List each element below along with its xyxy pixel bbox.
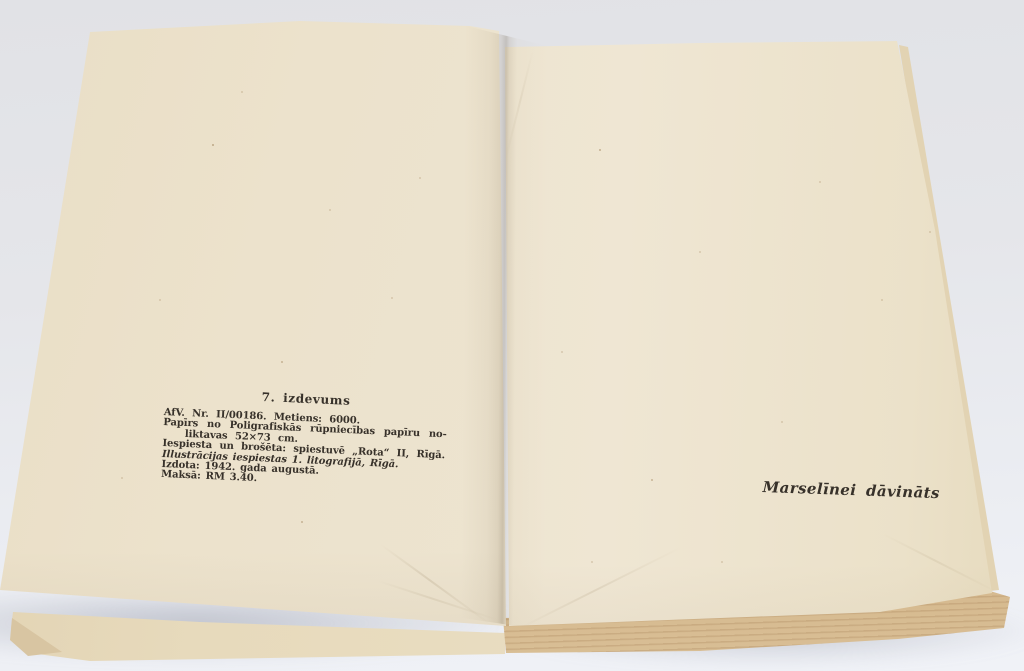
imprint-block: AfV. Nr. II/00186. Metiens: 6000.Papīrs … bbox=[161, 408, 444, 493]
photo-open-book: 7. izdevums AfV. Nr. II/00186. Metiens: … bbox=[0, 0, 1024, 671]
gutter-fold-shadow bbox=[461, 18, 549, 635]
